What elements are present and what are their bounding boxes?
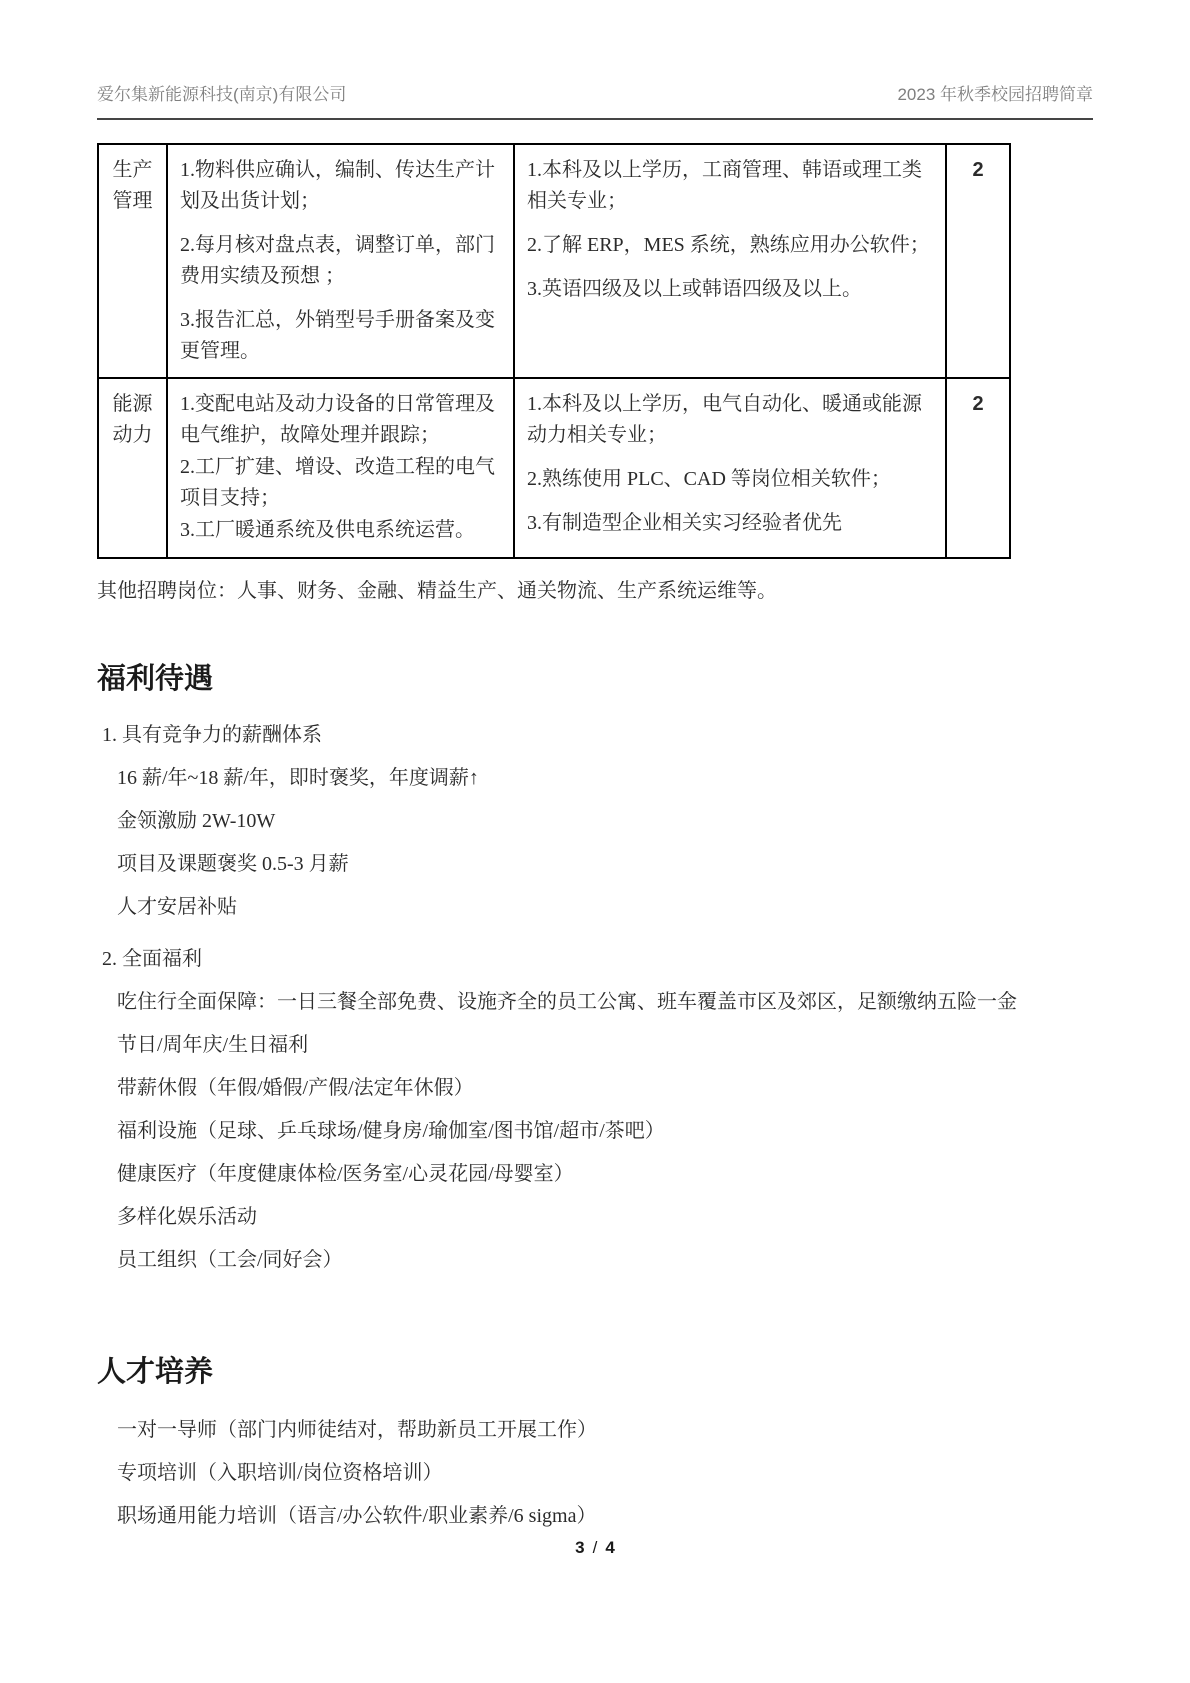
position-name-cell: 生产管理 — [98, 144, 167, 378]
duty-item: 2.每月核对盘点表，调整订单，部门费用实绩及预想 ； — [180, 230, 501, 292]
duties-cell: 1.物料供应确认，编制、传达生产计划及出货计划； 2.每月核对盘点表，调整订单，… — [167, 144, 514, 378]
requirements-cell: 1.本科及以上学历，电气自动化、暖通或能源动力相关专业； 2.熟练使用 PLC、… — [514, 378, 946, 558]
position-name-cell: 能源动力 — [98, 378, 167, 558]
headcount-cell: 2 — [946, 144, 1010, 378]
benefit-detail: 多样化娱乐活动 — [117, 1202, 1093, 1233]
page-number-total: 4 — [605, 1538, 614, 1557]
requirement-item: 3.有制造型企业相关实习经验者优先 — [527, 508, 933, 539]
duties-cell: 1.变配电站及动力设备的日常管理及电气维护，故障处理并跟踪； 2.工厂扩建、增设… — [167, 378, 514, 558]
duty-item: 3.工厂暖通系统及供电系统运营。 — [180, 515, 501, 546]
document-header: 爱尔集新能源科技(南京)有限公司 2023 年秋季校园招聘简章 — [97, 0, 1093, 120]
requirements-cell: 1.本科及以上学历，工商管理、韩语或理工类相关专业； 2.了解 ERP，MES … — [514, 144, 946, 378]
benefit-detail: 吃住行全面保障：一日三餐全部免费、设施齐全的员工公寓、班车覆盖市区及郊区，足额缴… — [117, 987, 1093, 1018]
benefit-detail: 节日/周年庆/生日福利 — [117, 1030, 1093, 1061]
page-number-separator: / — [585, 1538, 606, 1557]
requirement-item: 2.了解 ERP，MES 系统，熟练应用办公软件； — [527, 230, 933, 261]
benefit-detail: 项目及课题褒奖 0.5-3 月薪 — [117, 849, 1093, 880]
benefit-detail: 金领激励 2W-10W — [117, 806, 1093, 837]
duty-item: 1.物料供应确认，编制、传达生产计划及出货计划； — [180, 155, 501, 217]
requirement-item: 3.英语四级及以上或韩语四级及以上。 — [527, 274, 933, 305]
training-item: 职场通用能力培训（语言/办公软件/职业素养/6 sigma） — [117, 1501, 1093, 1532]
page-number-current: 3 — [575, 1538, 584, 1557]
table-row-production-management: 生产管理 1.物料供应确认，编制、传达生产计划及出货计划； 2.每月核对盘点表，… — [98, 144, 1010, 378]
page-number: 3/4 — [0, 1538, 1190, 1558]
training-list: 一对一导师（部门内师徒结对，帮助新员工开展工作） 专项培训（入职培训/岗位资格培… — [97, 1415, 1093, 1532]
benefits-section-heading: 福利待遇 — [97, 661, 1093, 699]
benefit-detail: 员工组织（工会/同好会） — [117, 1245, 1093, 1276]
duty-item: 2.工厂扩建、增设、改造工程的电气项目支持； — [180, 452, 501, 514]
document-page: 爱尔集新能源科技(南京)有限公司 2023 年秋季校园招聘简章 生产管理 1.物… — [0, 0, 1190, 1683]
requirement-item: 1.本科及以上学历，电气自动化、暖通或能源动力相关专业； — [527, 389, 933, 451]
benefits-list: 1. 具有竞争力的薪酬体系 16 薪/年~18 薪/年，即时褒奖，年度调薪↑ 金… — [97, 720, 1093, 1276]
header-company-name: 爱尔集新能源科技(南京)有限公司 — [97, 80, 346, 105]
headcount-cell: 2 — [946, 378, 1010, 558]
training-item: 专项培训（入职培训/岗位资格培训） — [117, 1458, 1093, 1489]
requirement-item: 2.熟练使用 PLC、CAD 等岗位相关软件； — [527, 464, 933, 495]
benefit-detail: 福利设施（足球、乒乓球场/健身房/瑜伽室/图书馆/超市/茶吧） — [117, 1116, 1093, 1147]
header-document-title: 2023 年秋季校园招聘简章 — [897, 80, 1093, 105]
positions-table: 生产管理 1.物料供应确认，编制、传达生产计划及出货计划； 2.每月核对盘点表，… — [97, 143, 1011, 559]
duty-item: 1.变配电站及动力设备的日常管理及电气维护，故障处理并跟踪； — [180, 389, 501, 451]
benefit-detail: 人才安居补贴 — [117, 892, 1093, 923]
benefit-detail: 16 薪/年~18 薪/年，即时褒奖，年度调薪↑ — [117, 763, 1093, 794]
benefits-item-title: 2. 全面福利 — [102, 944, 1093, 975]
other-positions-note: 其他招聘岗位：人事、财务、金融、精益生产、通关物流、生产系统运维等。 — [97, 576, 1093, 606]
benefit-detail: 带薪休假（年假/婚假/产假/法定年休假） — [117, 1073, 1093, 1104]
benefit-detail: 健康医疗（年度健康体检/医务室/心灵花园/母婴室） — [117, 1159, 1093, 1190]
duty-item: 3.报告汇总，外销型号手册备案及变更管理。 — [180, 305, 501, 367]
table-row-energy-power: 能源动力 1.变配电站及动力设备的日常管理及电气维护，故障处理并跟踪； 2.工厂… — [98, 378, 1010, 558]
training-item: 一对一导师（部门内师徒结对，帮助新员工开展工作） — [117, 1415, 1093, 1446]
requirement-item: 1.本科及以上学历，工商管理、韩语或理工类相关专业； — [527, 155, 933, 217]
benefits-item-title: 1. 具有竞争力的薪酬体系 — [102, 720, 1093, 751]
training-section-heading: 人才培养 — [97, 1354, 1093, 1392]
